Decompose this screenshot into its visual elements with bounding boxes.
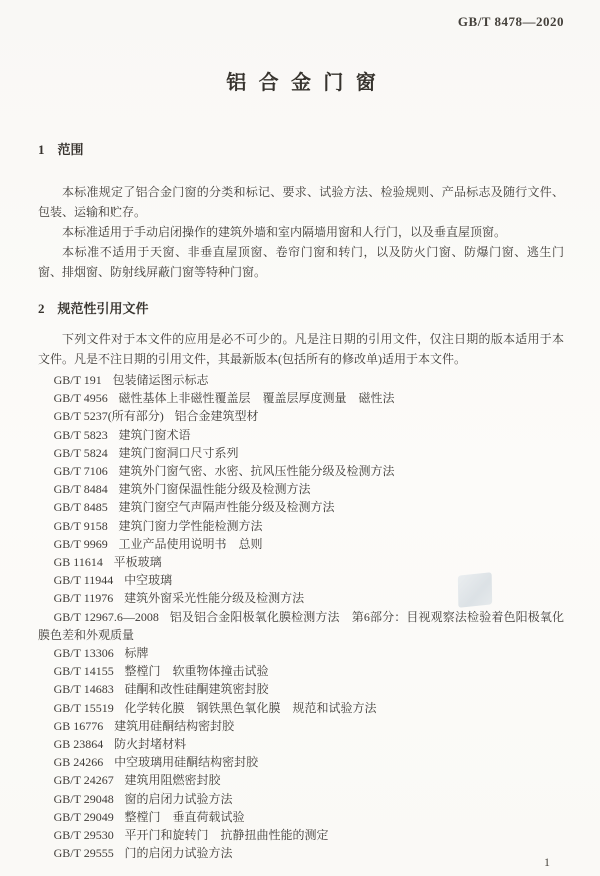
reference-code: GB/T 8485 xyxy=(54,500,108,514)
section-references-heading: 2规范性引用文件 xyxy=(38,298,564,317)
reference-title: 平开门和旋转门 抗静扭曲性能的测定 xyxy=(125,828,329,842)
reference-item: GB/T 12967.6—2008铝及铝合金阳极氧化膜检测方法 第6部分：目视观… xyxy=(38,608,564,644)
reference-code: GB/T 12967.6—2008 xyxy=(54,610,159,624)
section-title: 范围 xyxy=(58,142,84,157)
reference-item: GB/T 7106建筑外门窗气密、水密、抗风压性能分级及检测方法 xyxy=(38,462,564,480)
reference-title: 标牌 xyxy=(125,646,149,660)
reference-item: GB/T 9158建筑门窗力学性能检测方法 xyxy=(38,517,564,535)
reference-title: 建筑门窗术语 xyxy=(119,428,191,442)
reference-title: 硅酮和改性硅酮建筑密封胶 xyxy=(125,682,269,696)
reference-code: GB 16776 xyxy=(54,719,104,733)
reference-title: 中空玻璃 xyxy=(124,573,172,587)
reference-item: GB/T 9969工业产品使用说明书 总则 xyxy=(38,535,564,553)
reference-item: GB/T 15519化学转化膜 钢铁黑色氧化膜 规范和试验方法 xyxy=(38,699,564,717)
reference-title: 建筑外窗采光性能分级及检测方法 xyxy=(124,591,304,605)
reference-code: GB/T 8484 xyxy=(54,482,108,496)
reference-title: 建筑用硅酮结构密封胶 xyxy=(114,719,234,733)
section-scope-heading: 1范围 xyxy=(38,139,564,158)
section-normative-references: 2规范性引用文件 下列文件对于本文件的应用是必不可少的。凡是注日期的引用文件，仅… xyxy=(38,298,564,862)
reference-title: 平板玻璃 xyxy=(114,555,162,569)
page-number: 1 xyxy=(544,855,550,870)
reference-item: GB/T 14683硅酮和改性硅酮建筑密封胶 xyxy=(38,680,564,698)
reference-code: GB/T 14155 xyxy=(54,664,114,678)
section-number: 1 xyxy=(38,142,45,157)
reference-title: 建筑外门窗保温性能分级及检测方法 xyxy=(119,482,311,496)
reference-item: GB/T 5237(所有部分)铝合金建筑型材 xyxy=(38,407,564,425)
reference-item: GB 23864防火封堵材料 xyxy=(38,735,564,753)
reference-item: GB/T 191包装储运图示标志 xyxy=(38,371,564,389)
reference-code: GB/T 7106 xyxy=(54,464,108,478)
reference-item: GB/T 13306标牌 xyxy=(38,644,564,662)
reference-title: 建筑门窗洞口尺寸系列 xyxy=(119,446,239,460)
reference-item: GB/T 8485建筑门窗空气声隔声性能分级及检测方法 xyxy=(38,498,564,516)
section-title: 规范性引用文件 xyxy=(58,301,149,316)
reference-item: GB 11614平板玻璃 xyxy=(38,553,564,571)
reference-code: GB/T 29530 xyxy=(54,828,114,842)
reference-item: GB 24266中空玻璃用硅酮结构密封胶 xyxy=(38,753,564,771)
reference-title: 磁性基体上非磁性覆盖层 覆盖层厚度测量 磁性法 xyxy=(119,391,395,405)
reference-code: GB/T 5237(所有部分) xyxy=(54,409,164,423)
scope-paragraph: 本标准不适用于天窗、非垂直屋顶窗、卷帘门窗和转门，以及防火门窗、防爆门窗、逃生门… xyxy=(38,242,564,282)
document-page: GB/T 8478—2020 铝合金门窗 1范围 本标准规定了铝合金门窗的分类和… xyxy=(0,0,600,862)
reference-title: 工业产品使用说明书 总则 xyxy=(119,537,263,551)
reference-item: GB/T 14155整樘门 软重物体撞击试验 xyxy=(38,662,564,680)
reference-item: GB/T 5823建筑门窗术语 xyxy=(38,426,564,444)
section-scope: 1范围 本标准规定了铝合金门窗的分类和标记、要求、试验方法、检验规则、产品标志及… xyxy=(38,139,564,282)
references-list: GB/T 191包装储运图示标志 GB/T 4956磁性基体上非磁性覆盖层 覆盖… xyxy=(38,371,564,862)
reference-code: GB/T 5823 xyxy=(54,428,108,442)
reference-code: GB/T 11944 xyxy=(54,573,114,587)
reference-item: GB/T 29530平开门和旋转门 抗静扭曲性能的测定 xyxy=(38,826,564,844)
document-title: 铝合金门窗 xyxy=(38,66,564,95)
reference-code: GB/T 191 xyxy=(54,373,102,387)
reference-title: 中空玻璃用硅酮结构密封胶 xyxy=(114,755,258,769)
reference-code: GB/T 29049 xyxy=(54,810,114,824)
reference-title: 铝合金建筑型材 xyxy=(175,409,259,423)
reference-code: GB/T 9969 xyxy=(54,537,108,551)
reference-code: GB/T 29555 xyxy=(54,846,114,860)
reference-item: GB/T 11944中空玻璃 xyxy=(38,571,564,589)
reference-title: 门的启闭力试验方法 xyxy=(125,846,233,860)
scope-paragraphs: 本标准规定了铝合金门窗的分类和标记、要求、试验方法、检验规则、产品标志及随行文件… xyxy=(38,182,564,282)
reference-code: GB/T 11976 xyxy=(54,591,114,605)
reference-code: GB 24266 xyxy=(54,755,104,769)
reference-item: GB/T 29555门的启闭力试验方法 xyxy=(38,844,564,862)
scope-paragraph: 本标准适用于手动启闭操作的建筑外墙和室内隔墙用窗和人行门，以及垂直屋顶窗。 xyxy=(38,222,564,242)
reference-code: GB/T 9158 xyxy=(54,519,108,533)
reference-title: 建筑门窗力学性能检测方法 xyxy=(119,519,263,533)
reference-code: GB/T 15519 xyxy=(54,701,114,715)
reference-title: 整樘门 软重物体撞击试验 xyxy=(125,664,269,678)
reference-code: GB/T 4956 xyxy=(54,391,108,405)
reference-code: GB/T 24267 xyxy=(54,773,114,787)
reference-item: GB/T 5824建筑门窗洞口尺寸系列 xyxy=(38,444,564,462)
reference-title: 包装储运图示标志 xyxy=(113,373,209,387)
reference-code: GB 23864 xyxy=(54,737,104,751)
reference-item: GB/T 29048窗的启闭力试验方法 xyxy=(38,790,564,808)
reference-code: GB/T 5824 xyxy=(54,446,108,460)
reference-title: 防火封堵材料 xyxy=(114,737,186,751)
reference-code: GB/T 14683 xyxy=(54,682,114,696)
reference-title: 窗的启闭力试验方法 xyxy=(125,792,233,806)
reference-code: GB/T 13306 xyxy=(54,646,114,660)
reference-code: GB 11614 xyxy=(54,555,103,569)
reference-title: 建筑外门窗气密、水密、抗风压性能分级及检测方法 xyxy=(119,464,395,478)
standard-code-header: GB/T 8478—2020 xyxy=(38,14,564,30)
reference-item: GB/T 24267建筑用阻燃密封胶 xyxy=(38,771,564,789)
reference-item: GB/T 11976建筑外窗采光性能分级及检测方法 xyxy=(38,589,564,607)
reference-title: 建筑门窗空气声隔声性能分级及检测方法 xyxy=(119,500,335,514)
reference-item: GB/T 8484建筑外门窗保温性能分级及检测方法 xyxy=(38,480,564,498)
references-intro: 下列文件对于本文件的应用是必不可少的。凡是注日期的引用文件，仅注日期的版本适用于… xyxy=(38,329,564,369)
reference-item: GB/T 4956磁性基体上非磁性覆盖层 覆盖层厚度测量 磁性法 xyxy=(38,389,564,407)
reference-title: 整樘门 垂直荷载试验 xyxy=(125,810,245,824)
reference-code: GB/T 29048 xyxy=(54,792,114,806)
reference-title: 建筑用阻燃密封胶 xyxy=(125,773,221,787)
reference-item: GB/T 29049整樘门 垂直荷载试验 xyxy=(38,808,564,826)
reference-title: 化学转化膜 钢铁黑色氧化膜 规范和试验方法 xyxy=(125,701,377,715)
scope-paragraph: 本标准规定了铝合金门窗的分类和标记、要求、试验方法、检验规则、产品标志及随行文件… xyxy=(38,182,564,222)
section-number: 2 xyxy=(38,301,45,316)
reference-item: GB 16776建筑用硅酮结构密封胶 xyxy=(38,717,564,735)
references-intro-wrap: 下列文件对于本文件的应用是必不可少的。凡是注日期的引用文件，仅注日期的版本适用于… xyxy=(38,329,564,369)
